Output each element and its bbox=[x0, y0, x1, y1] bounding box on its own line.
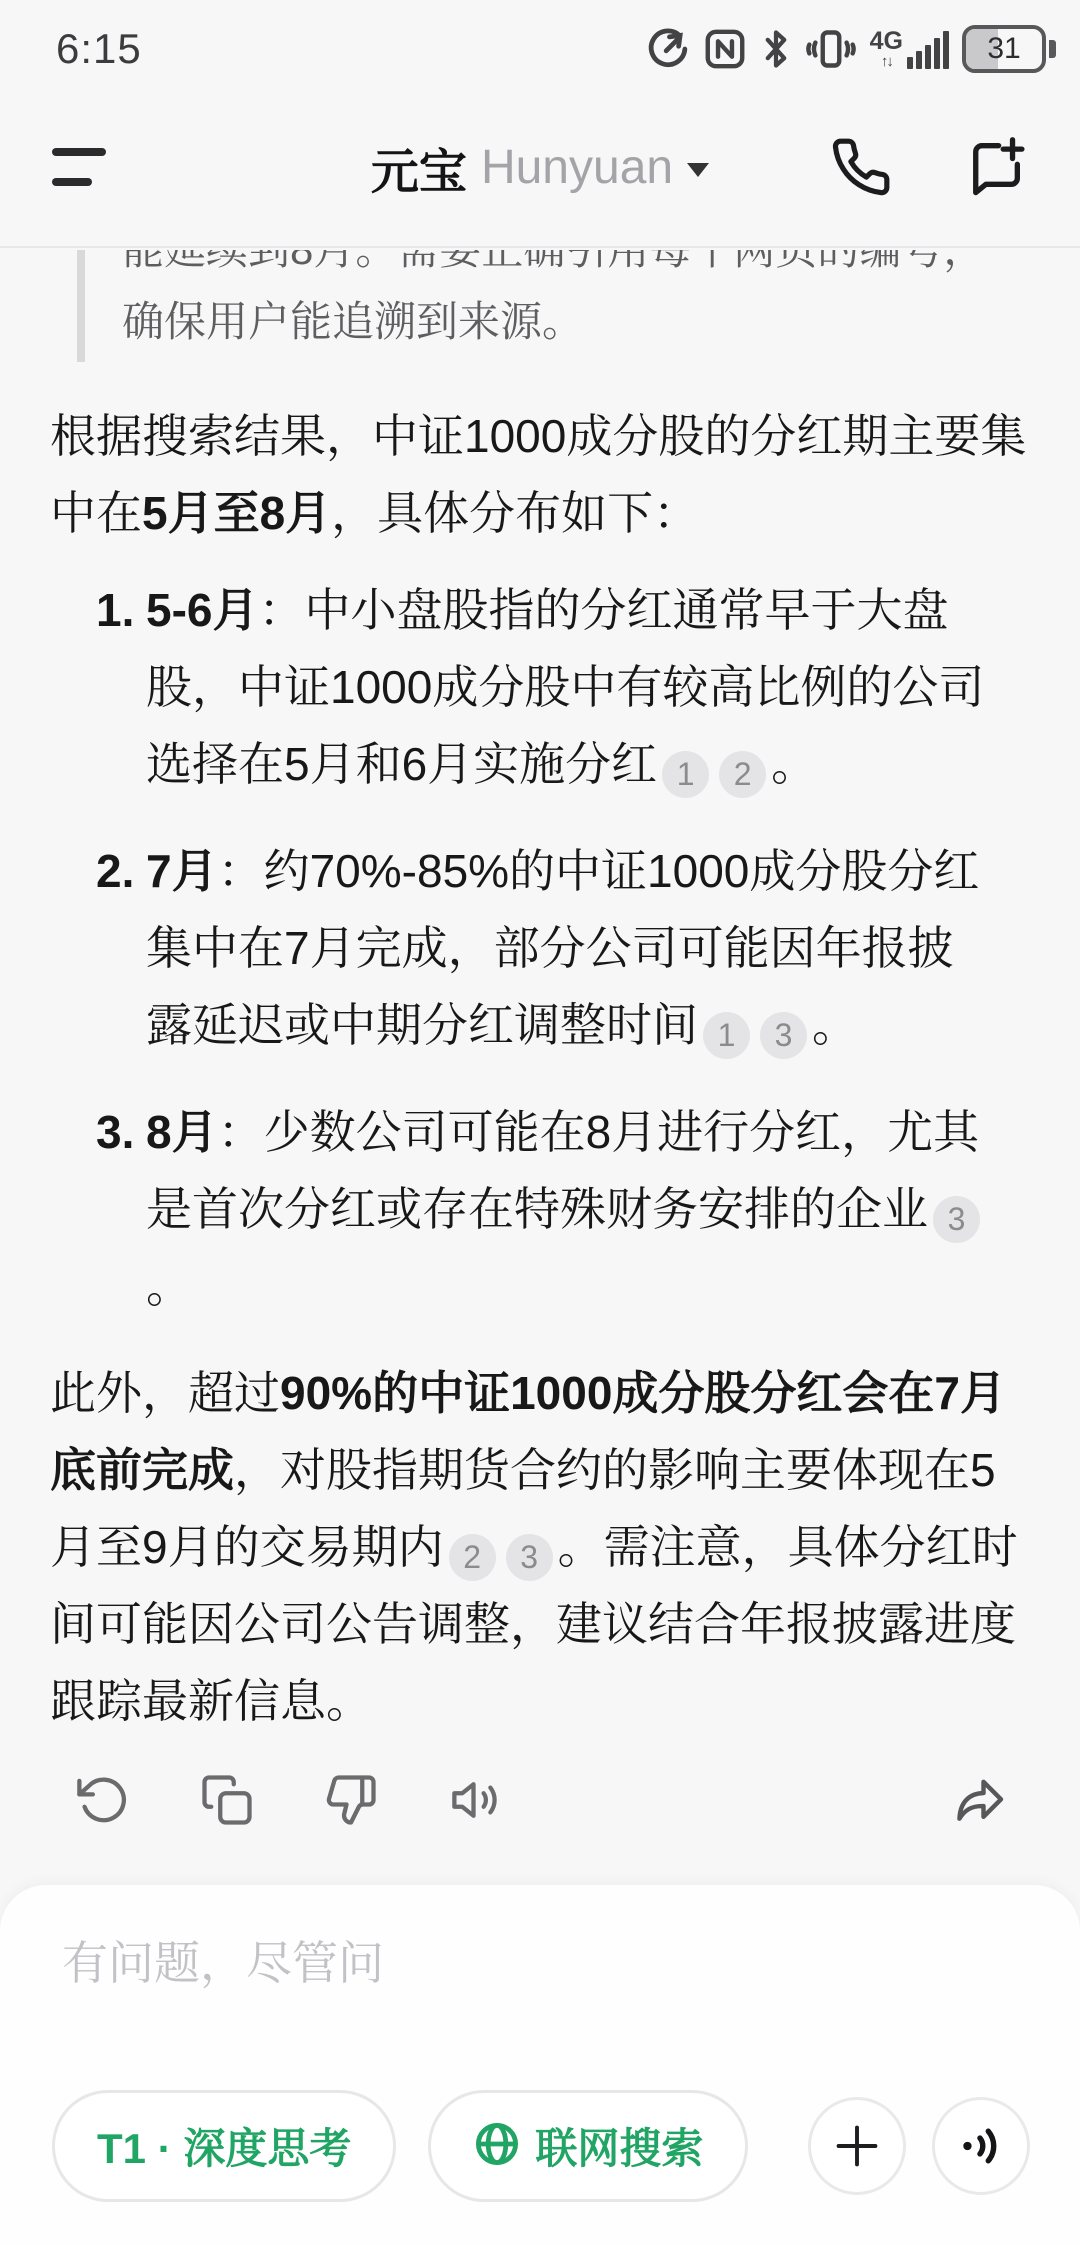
thinking-block[interactable]: 能延续到8月。需要正确引用每个网页的编号，确保用户能追溯到来源。 bbox=[50, 250, 1030, 362]
voice-input-button[interactable] bbox=[932, 2097, 1030, 2195]
menu-icon[interactable] bbox=[52, 145, 112, 189]
citation-badge[interactable]: 2 bbox=[719, 751, 766, 798]
quote-bar bbox=[77, 250, 85, 362]
web-search-label: 联网搜索 bbox=[535, 2116, 703, 2176]
read-aloud-icon[interactable] bbox=[448, 1773, 508, 1827]
citation-badge[interactable]: 3 bbox=[933, 1196, 980, 1243]
deep-think-toggle[interactable]: T1 · 深度思考 bbox=[52, 2090, 396, 2202]
add-attachment-button[interactable] bbox=[808, 2097, 906, 2195]
chat-message: 能延续到8月。需要正确引用每个网页的编号，确保用户能追溯到来源。 根据搜索结果，… bbox=[0, 250, 1080, 1885]
app-header: 元宝 Hunyuan bbox=[0, 88, 1080, 248]
message-input[interactable] bbox=[62, 1923, 942, 2003]
answer-outro: 此外，超过90%的中证1000成分股分红会在7月底前完成，对股指期货合约的影响主… bbox=[50, 1355, 1035, 1740]
regenerate-icon[interactable] bbox=[76, 1773, 130, 1827]
clock: 6:15 bbox=[56, 25, 142, 73]
signal-4g-icon: 4G ↑↓ bbox=[870, 29, 949, 69]
vibrate-icon bbox=[805, 27, 857, 71]
model-name: Hunyuan bbox=[481, 140, 673, 195]
list-item: 1. 5-6月：中小盘股指的分红通常早于大盘股，中证1000成分股中有较高比例的… bbox=[96, 572, 1030, 803]
battery-icon: 31 bbox=[962, 25, 1056, 73]
globe-icon bbox=[473, 2120, 521, 2173]
message-action-bar bbox=[76, 1772, 1028, 1828]
nfc-icon bbox=[703, 27, 747, 71]
citation-badge[interactable]: 3 bbox=[506, 1534, 553, 1581]
data-saver-icon bbox=[646, 27, 690, 71]
chevron-down-icon bbox=[687, 163, 709, 177]
deep-think-label: T1 · 深度思考 bbox=[97, 2116, 351, 2176]
thumbs-down-icon[interactable] bbox=[324, 1773, 378, 1827]
thinking-text: 能延续到8月。需要正确引用每个网页的编号，确保用户能追溯到来源。 bbox=[122, 250, 1022, 358]
battery-percent: 31 bbox=[987, 32, 1020, 66]
answer-intro: 根据搜索结果，中证1000成分股的分红期主要集中在5月至8月，具体分布如下： bbox=[50, 398, 1035, 552]
plus-icon bbox=[831, 2120, 883, 2172]
voice-wave-icon bbox=[956, 2121, 1006, 2171]
new-chat-icon[interactable] bbox=[964, 135, 1028, 199]
voice-call-icon[interactable] bbox=[830, 136, 892, 198]
citation-badge[interactable]: 3 bbox=[760, 1012, 807, 1059]
copy-icon[interactable] bbox=[200, 1773, 254, 1827]
web-search-toggle[interactable]: 联网搜索 bbox=[428, 2090, 748, 2202]
app-title: 元宝 bbox=[371, 133, 467, 202]
composer-card: T1 · 深度思考 联网搜索 bbox=[0, 1885, 1080, 2244]
share-icon[interactable] bbox=[952, 1772, 1008, 1828]
citation-badge[interactable]: 2 bbox=[449, 1534, 496, 1581]
composer-toolbar: T1 · 深度思考 联网搜索 bbox=[52, 2090, 1030, 2202]
list-item: 3. 8月：少数公司可能在8月进行分红，尤其是首次分红或存在特殊财务安排的企业3… bbox=[96, 1094, 1030, 1325]
list-item: 2. 7月：约70%-85%的中证1000成分股分红集中在7月完成，部分公司可能… bbox=[96, 833, 1030, 1064]
citation-badge[interactable]: 1 bbox=[662, 751, 709, 798]
status-bar: 6:15 4G bbox=[0, 0, 1080, 88]
bluetooth-icon bbox=[760, 27, 792, 71]
citation-badge[interactable]: 1 bbox=[703, 1012, 750, 1059]
